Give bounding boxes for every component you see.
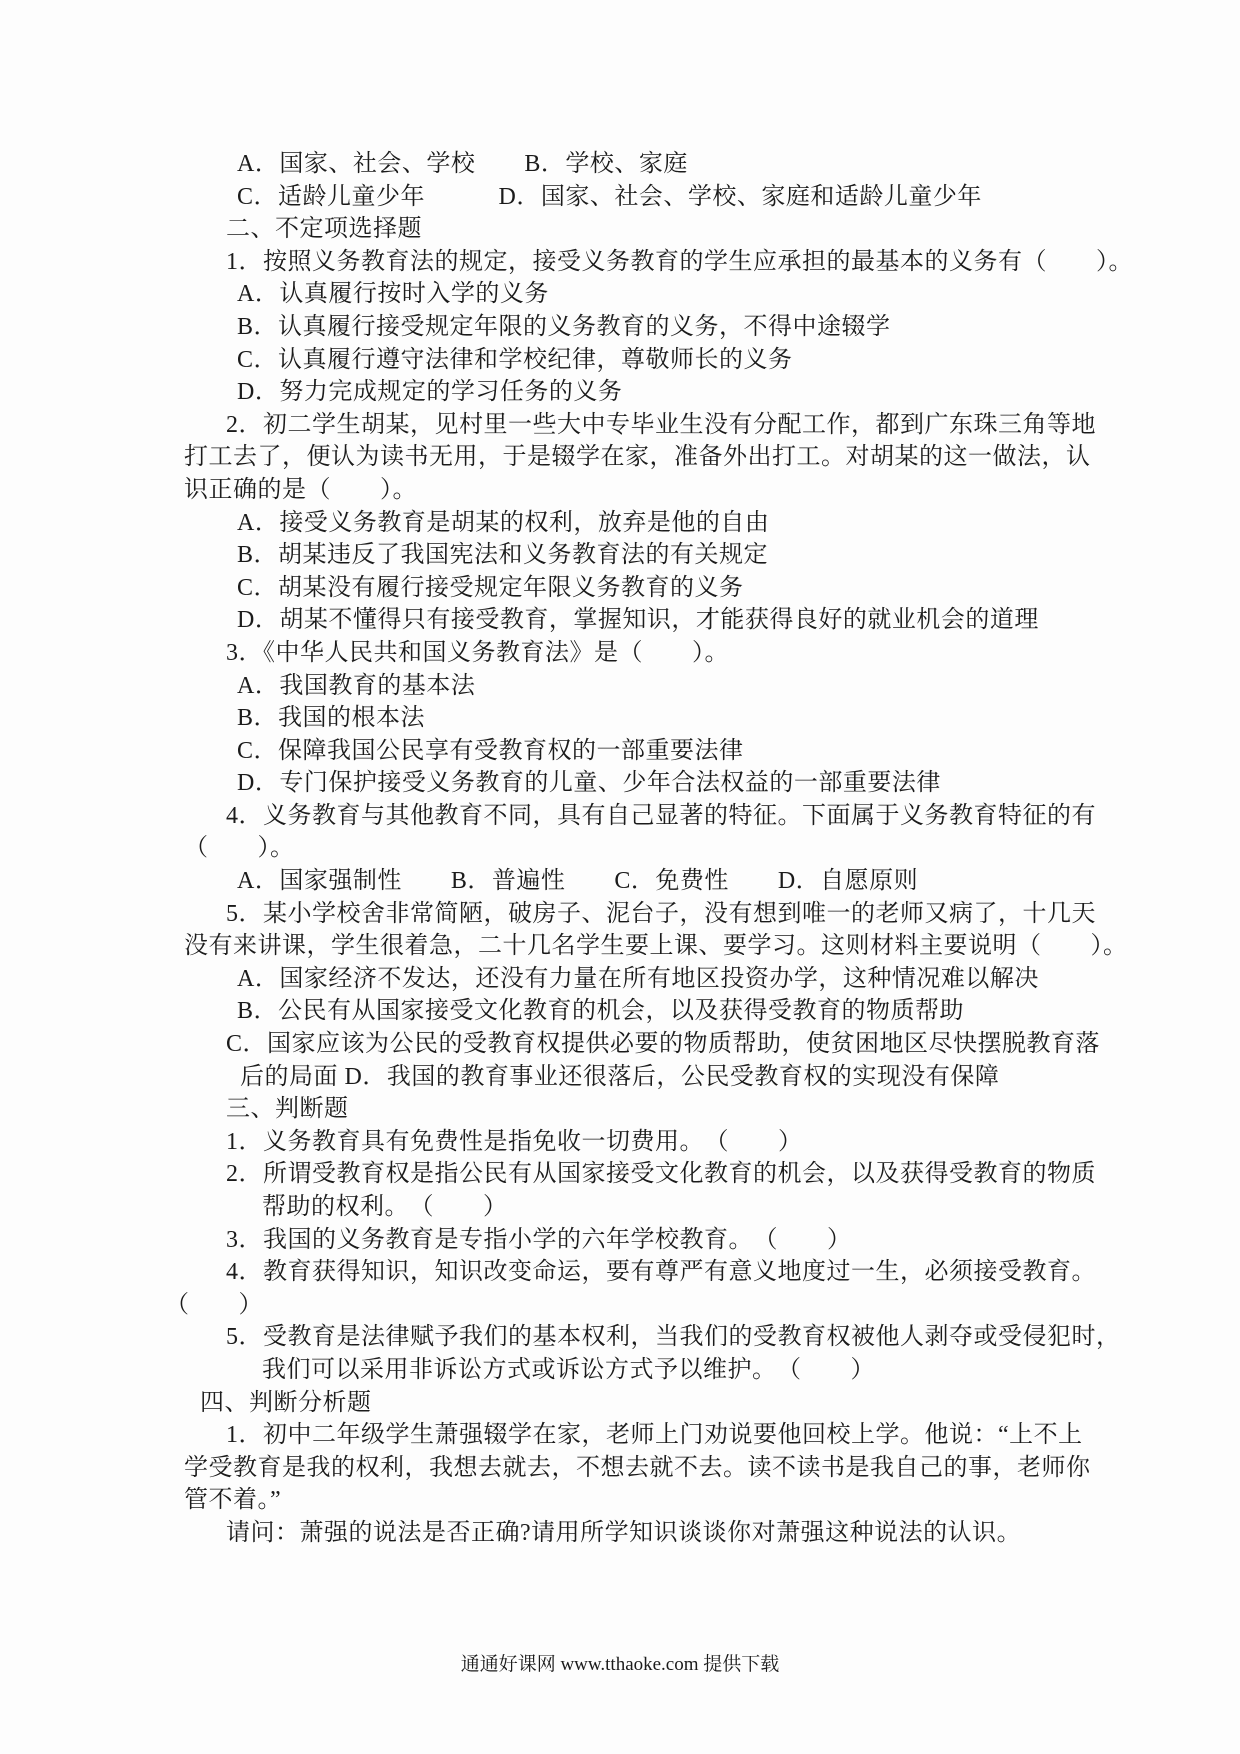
text-line: C．认真履行遵守法律和学校纪律，尊敬师长的义务 [0, 344, 1240, 377]
text-line: A．国家强制性 B．普遍性 C．免费性 D．自愿原则 [0, 865, 1240, 898]
text-line: A．国家经济不发达，还没有力量在所有地区投资办学，这种情况难以解决 [0, 963, 1240, 996]
text-line: 2．初二学生胡某，见村里一些大中专毕业生没有分配工作，都到广东珠三角等地 [0, 409, 1240, 442]
text-line: D．专门保护接受义务教育的儿童、少年合法权益的一部重要法律 [0, 767, 1240, 800]
text-line: 识正确的是（ ）。 [0, 474, 1240, 507]
text-line: C．适龄儿童少年 D．国家、社会、学校、家庭和适龄儿童少年 [0, 181, 1240, 214]
text-line: D．努力完成规定的学习任务的义务 [0, 376, 1240, 409]
text-line: A．我国教育的基本法 [0, 670, 1240, 703]
text-line: A．国家、社会、学校 B．学校、家庭 [0, 148, 1240, 181]
text-line: 管不着。” [0, 1484, 1240, 1517]
text-line: 2．所谓受教育权是指公民有从国家接受文化教育的机会，以及获得受教育的物质 [0, 1158, 1240, 1191]
text-line: 学受教育是我的权利，我想去就去，不想去就不去。读不读书是我自己的事，老师你 [0, 1452, 1240, 1485]
text-line: B．胡某违反了我国宪法和义务教育法的有关规定 [0, 539, 1240, 572]
document-body: A．国家、社会、学校 B．学校、家庭C．适龄儿童少年 D．国家、社会、学校、家庭… [0, 148, 1240, 1550]
text-line: 5．受教育是法律赋予我们的基本权利，当我们的受教育权被他人剥夺或受侵犯时， [0, 1321, 1240, 1354]
text-line: 我们可以采用非诉讼方式或诉讼方式予以维护。 （ ） [0, 1354, 1240, 1387]
text-line: 1．初中二年级学生萧强辍学在家，老师上门劝说要他回校上学。他说：“上不上 [0, 1419, 1240, 1452]
text-line: C．胡某没有履行接受规定年限义务教育的义务 [0, 572, 1240, 605]
text-line: D．胡某不懂得只有接受教育，掌握知识，才能获得良好的就业机会的道理 [0, 604, 1240, 637]
text-line: 二、不定项选择题 [0, 213, 1240, 246]
text-line: 三、判断题 [0, 1093, 1240, 1126]
text-line: 请问：萧强的说法是否正确?请用所学知识谈谈你对萧强这种说法的认识。 [0, 1517, 1240, 1550]
text-line: C．国家应该为公民的受教育权提供必要的物质帮助，使贫困地区尽快摆脱教育落 [0, 1028, 1240, 1061]
text-line: 3．我国的义务教育是专指小学的六年学校教育。 （ ） [0, 1224, 1240, 1257]
text-line: 打工去了，便认为读书无用，于是辍学在家，准备外出打工。对胡某的这一做法，认 [0, 441, 1240, 474]
text-line: 1．义务教育具有免费性是指免收一切费用。 （ ） [0, 1126, 1240, 1159]
text-line: A．认真履行按时入学的义务 [0, 278, 1240, 311]
text-line: 帮助的权利。 （ ） [0, 1191, 1240, 1224]
text-line: 4．义务教育与其他教育不同，具有自己显著的特征。下面属于义务教育特征的有 [0, 800, 1240, 833]
text-line: 4．教育获得知识，知识改变命运，要有尊严有意义地度过一生，必须接受教育。 [0, 1256, 1240, 1289]
document-page: A．国家、社会、学校 B．学校、家庭C．适龄儿童少年 D．国家、社会、学校、家庭… [0, 0, 1240, 1754]
text-line: B．公民有从国家接受文化教育的机会，以及获得受教育的物质帮助 [0, 995, 1240, 1028]
text-line: （ ）。 [0, 832, 1240, 865]
text-line: （ ） [0, 1289, 1240, 1322]
text-line: A．接受义务教育是胡某的权利，放弃是他的自由 [0, 507, 1240, 540]
text-line: 四、判断分析题 [0, 1387, 1240, 1420]
text-line: B．我国的根本法 [0, 702, 1240, 735]
text-line: 没有来讲课，学生很着急，二十几名学生要上课、要学习。这则材料主要说明（ ）。 [0, 930, 1240, 963]
text-line: C．保障我国公民享有受教育权的一部重要法律 [0, 735, 1240, 768]
text-line: 5．某小学校舍非常简陋，破房子、泥台子，没有想到唯一的老师又病了，十几天 [0, 898, 1240, 931]
text-line: B．认真履行接受规定年限的义务教育的义务，不得中途辍学 [0, 311, 1240, 344]
text-line: 3．《中华人民共和国义务教育法》是（ ）。 [0, 637, 1240, 670]
text-line: 后的局面 D．我国的教育事业还很落后，公民受教育权的实现没有保障 [0, 1061, 1240, 1094]
footer-watermark: 通通好课网 www.tthaoke.com 提供下载 [0, 1650, 1240, 1680]
text-line: 1．按照义务教育法的规定，接受义务教育的学生应承担的最基本的义务有（ ）。 [0, 246, 1240, 279]
